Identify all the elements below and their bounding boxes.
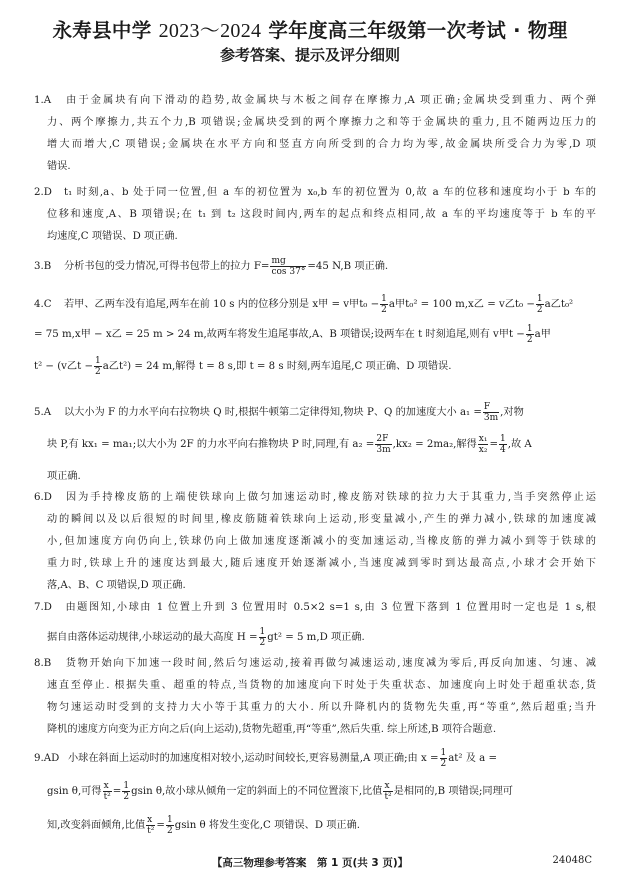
answer-item-4: 4.C若甲、乙两车没有追尾,两车在前 10 s 内的位移分别是 x甲 = v甲t… [34,290,596,382]
answer-text-line: 均速度,C 项错误、D 项正确. [34,226,596,248]
fraction: x₁x₂ [478,434,489,455]
formula-text: ,对物 [500,407,524,418]
fraction-half: 12 [94,356,102,377]
formula-text: a甲 [535,329,551,340]
answer-choice: B [44,261,52,272]
answer-text-line: 动的瞬间以及以后很短的时间里,橡皮筋随着铁球向上运动,形变量减小,产生的弹力减小… [34,509,596,531]
answer-item-9: 9.AD小球在斜面上运动时的加速度相对较小,运动时间较长,更容易测量,A 项正确… [34,743,596,843]
answer-item-1: 1.A由于金属块有向下滑动的趋势,故金属块与木板之间存在摩擦力,A 项正确;金属… [34,90,596,178]
formula-text: a甲t₀² = 100 m,x乙 = v乙t₀ − [389,299,535,310]
answer-text: 分析书包的受力情况,可得书包带上的拉力 F= [64,261,269,272]
formula-text: = [489,439,498,450]
formula-text: gsin θ 将发生变化,C 项错误、D 项正确. [175,820,360,831]
formula-text: gsin θ,可得 [47,786,102,797]
title-suffix: 学年度高三年级第一次考试 · 物理 [268,19,567,42]
answer-text-line: 错误. [34,156,596,178]
answer-text-line: 速直至停止. 根据失重、超重的特点,当货物的加速度向下时处于失重状态、加速度向上… [34,675,596,697]
answer-text-line: 降机的速度方向变为正方向之后(向上运动),货物先超重,再“等重”,然后失重. 综… [34,719,596,741]
formula-text: gt² = 5 m,D 项正确. [267,632,365,643]
footer-page-label: 【高三物理参考答案 第 1 页(共 3 页)】 [0,855,620,870]
answer-text-line: 由题图知,小球由 1 位置上升到 3 位置用时 0.5×2 s=1 s,由 3 … [64,602,596,613]
answer-item-5: 5.A以大小为 F 的力水平向右拉物块 Q 时,根据牛顿第二定律得知,物块 P、… [34,398,596,488]
answer-choice: D [44,187,52,198]
answer-text-line: 落,A、B、C 项错误,D 项正确. [34,575,596,597]
formula-text: at² 及 a = [448,753,497,764]
formula-text: a乙t²) = 24 m,解得 t = 8 s,即 t = 8 s 时刻,两车追… [103,361,452,372]
answer-text-line: 重力时,铁球上升的速度达到最大,随后速度开始逐渐减小,当速度减到零时到达最高点,… [34,553,596,575]
exam-subtitle: 参考答案、提示及评分细则 [0,44,620,65]
fraction-half: 12 [259,627,267,648]
fraction: xt² [383,781,392,802]
fraction: mgcos 37° [270,256,306,277]
formula-text: a乙t₀² [545,299,574,310]
fraction: 2F3m [375,434,391,455]
formula-text: = 75 m,x甲 − x乙 = 25 m > 24 m,故两车将发生追尾事故,… [34,329,525,340]
answer-text-line: 物匀速运动时受到的支持力大小等于其重力的大小. 所以升降机内的货物先失重,再“等… [34,697,596,719]
answer-text-line: 增大而增大,C 项错误;金属块在水平方向和竖直方向所受到的合力均为零,故金属块所… [34,134,596,156]
fraction: xt² [146,815,155,836]
answer-choice: D [44,602,52,613]
answer-text-line: 力、两个摩擦力,共五个力,B 项错误;金属块受到的两个摩擦力之和等于金属块的重力… [34,112,596,134]
fraction: 14 [499,434,507,455]
formula-text: ,kx₂ = 2ma₂,解得 [393,439,477,450]
answer-number: 3. [34,261,44,272]
answer-item-2: 2.Dt₁ 时刻,a、b 处于同一位置,但 a 车的初位置为 x₀,b 车的初位… [34,182,596,248]
answer-text-line: 由于金属块有向下滑动的趋势,故金属块与木板之间存在摩擦力,A 项正确;金属块受到… [64,95,596,106]
answer-choice: A [44,95,51,106]
fraction-half: 12 [526,324,534,345]
formula-text: 块 P,有 kx₁ = ma₁;以大小为 2F 的力水平向右推物块 P 时,同理… [47,439,374,450]
formula-text: 据自由落体运动规律,小球运动的最大高度 H = [47,632,258,643]
answer-number: 8. [34,658,44,669]
formula-text: = [113,786,122,797]
answer-item-7: 7.D由题图知,小球由 1 位置上升到 3 位置用时 0.5×2 s=1 s,由… [34,597,596,653]
answer-choice: D [44,492,52,503]
formula-text: 若甲、乙两车没有追尾,两车在前 10 s 内的位移分别是 x甲 = v甲t₀ − [64,299,379,310]
formula-text: ,故 A [508,439,532,450]
answer-text-line: 货物开始向下加速一段时间,然后匀速运动,接着再做匀减速运动,速度减为零后,再反向… [64,658,596,669]
fraction: F3m [483,402,499,423]
answer-text-line: 小,但加速度方向仍向上,铁球仍向上做加速度逐渐减小的变加速运动,当橡皮筋的弹力减… [34,531,596,553]
footer-code: 24048C [553,855,592,866]
answer-number: 4. [34,299,44,310]
title-years: 2023～2024 [159,20,262,42]
answer-choice: C [44,299,52,310]
answer-text: =45 N,B 项正确. [307,261,388,272]
answer-choice: B [44,658,52,669]
fraction-half: 12 [440,748,448,769]
answer-number: 9. [34,753,44,764]
answer-item-3: 3.B分析书包的受力情况,可得书包带上的拉力 F=mgcos 37°=45 N,… [34,254,596,280]
formula-text: t² − (v乙t − [34,361,93,372]
fraction: xt² [103,781,112,802]
answer-choice: AD [44,753,60,764]
title-school: 永寿县中学 [53,19,152,42]
formula-text: gsin θ,故小球从倾角一定的斜面上的不同位置滚下,比值 [131,786,382,797]
answer-text-line: 位移和速度,A、B 项错误;在 t₁ 到 t₂ 这段时间内,两车的起点和终点相同… [34,204,596,226]
answer-number: 1. [34,95,44,106]
answer-number: 5. [34,407,44,418]
fraction-half: 12 [380,294,388,315]
fraction-half: 12 [536,294,544,315]
answer-text-line: t₁ 时刻,a、b 处于同一位置,但 a 车的初位置为 x₀,b 车的初位置为 … [64,187,596,198]
answer-number: 6. [34,492,44,503]
answer-choice: A [44,407,51,418]
formula-text: = [156,820,165,831]
answer-text-line: 项正确. [34,462,596,488]
answer-text-line: 因为手持橡皮筋的上端使铁球向上做匀加速运动时,橡皮筋对铁球的拉力大于其重力,当手… [64,492,596,503]
answer-number: 2. [34,187,44,198]
exam-title: 永寿县中学 2023～2024 学年度高三年级第一次考试 · 物理 [0,14,620,43]
answer-item-8: 8.B货物开始向下加速一段时间,然后匀速运动,接着再做匀减速运动,速度减为零后,… [34,653,596,741]
formula-text: 小球在斜面上运动时的加速度相对较小,运动时间较长,更容易测量,A 项正确;由 x… [68,753,439,764]
answer-item-6: 6.D因为手持橡皮筋的上端使铁球向上做匀加速运动时,橡皮筋对铁球的拉力大于其重力… [34,487,596,597]
formula-text: 是相同的,B 项错误;同理可 [394,786,513,797]
fraction-half: 12 [122,781,130,802]
answer-number: 7. [34,602,44,613]
formula-text: 知,改变斜面倾角,比值 [47,820,145,831]
formula-text: 以大小为 F 的力水平向右拉物块 Q 时,根据牛顿第二定律得知,物块 P、Q 的… [64,407,482,418]
fraction-half: 12 [166,815,174,836]
